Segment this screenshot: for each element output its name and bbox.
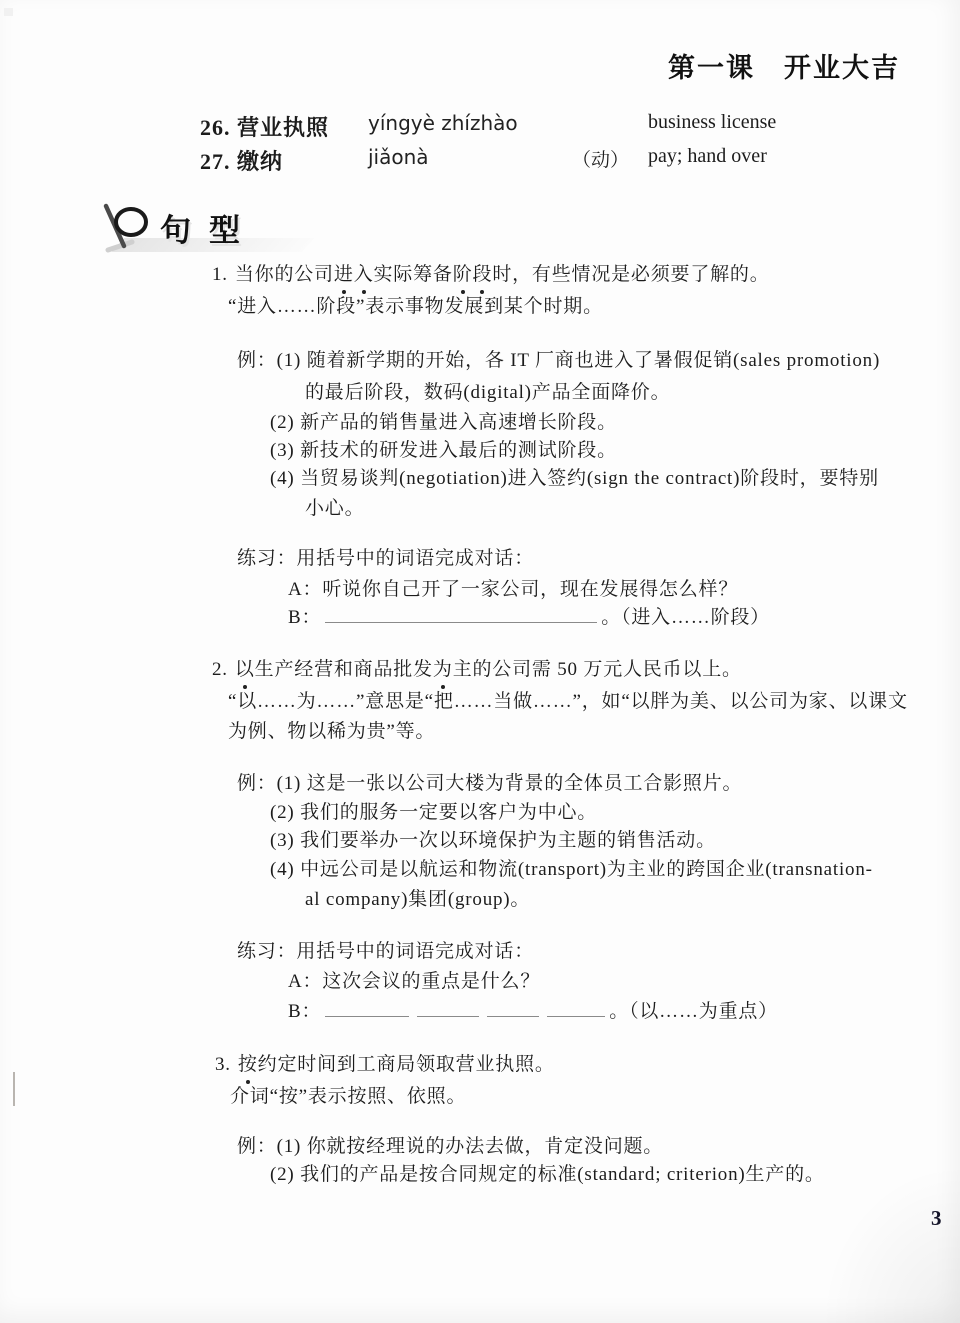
scanned-page: 第一课 开业大吉 26. 营业执照 yíngyè zhízhào busines… <box>0 0 960 1323</box>
pattern-sentence-text: 按约定时间到工商局领取营业执照。 <box>238 1054 555 1075</box>
example-line: (2) 我们的产品是按合同规定的标准(standard; criterion)生… <box>270 1162 825 1188</box>
dialogue-line-a: A：这次会议的重点是什么？ <box>288 969 540 995</box>
scan-artifact <box>4 8 13 16</box>
vocab-english: pay; hand over <box>648 145 767 168</box>
example-line: 例：(1) 这是一张以公司大楼为背景的全体员工合影照片。 <box>237 771 742 797</box>
pattern-explanation: “以……为……”意思是“把……当做……”，如“以胖为美、以公司为家、以课文 <box>228 689 908 715</box>
answer-blank <box>417 999 479 1017</box>
vocab-english: business license <box>648 111 776 134</box>
section-title: 句型 <box>160 205 258 250</box>
example-line: 例：(1) 随着新学期的开始，各 IT 厂商也进入了暑假促销(sales pro… <box>237 348 880 374</box>
example-line: 的最后阶段，数码(digital)产品全面降价。 <box>305 380 670 406</box>
exercise-prompt: 练习：用括号中的词语完成对话： <box>237 939 534 965</box>
vocab-word: 27. 缴纳 <box>200 145 283 176</box>
scan-artifact <box>13 1072 15 1106</box>
vocab-row: 26. 营业执照 yíngyè zhízhào business license <box>200 111 940 145</box>
example-line: (2) 我们的服务一定要以客户为中心。 <box>270 800 597 826</box>
example-line: al company)集团(group)。 <box>305 887 530 913</box>
vocab-pinyin: jiǎonà <box>368 145 429 169</box>
pattern-sentence: 2.以生产经营和商品批发为主的公司需 50 万元人民币以上。 <box>212 657 742 683</box>
pattern-number: 1. <box>212 264 228 285</box>
example-line: (4) 中远公司是以航运和物流(transport)为主业的跨国企业(trans… <box>270 857 873 883</box>
dialogue-line-b: B：。（以……为重点） <box>288 999 778 1025</box>
lesson-title: 第一课 开业大吉 <box>668 46 900 85</box>
exercise-prompt: 练习：用括号中的词语完成对话： <box>237 546 534 572</box>
pattern-explanation: 介词“按”表示按照、依照。 <box>230 1084 466 1110</box>
example-line: (4) 当贸易谈判(negotiation)进入签约(sign the cont… <box>270 466 879 492</box>
hint-text: 。（进入……阶段） <box>601 607 770 628</box>
vocab-pinyin: yíngyè zhízhào <box>368 111 518 135</box>
pattern-number: 2. <box>212 659 228 680</box>
pattern-explanation: “进入……阶段”表示事物发展到某个时期。 <box>228 294 603 320</box>
magnifier-icon <box>98 200 160 256</box>
example-line: 小心。 <box>305 496 364 522</box>
pattern-sentence-text: 以生产经营和商品批发为主的公司需 50 万元人民币以上。 <box>235 659 742 680</box>
vocab-word: 26. 营业执照 <box>200 111 329 142</box>
dialogue-b-label: B： <box>288 1001 321 1022</box>
dialogue-line-b: B：。（进入……阶段） <box>288 605 770 631</box>
pattern-number: 3. <box>215 1054 231 1075</box>
example-line: (3) 新技术的研发进入最后的测试阶段。 <box>270 438 617 464</box>
answer-blank <box>547 999 605 1017</box>
example-line: (2) 新产品的销售量进入高速增长阶段。 <box>270 410 617 436</box>
answer-blank <box>487 999 539 1017</box>
hint-text: 。（以……为重点） <box>609 1001 778 1022</box>
scan-artifact <box>820 1163 960 1323</box>
example-line: 例：(1) 你就按经理说的办法去做，肯定没问题。 <box>237 1134 663 1160</box>
example-line: (3) 我们要举办一次以环境保护为主题的销售活动。 <box>270 828 716 854</box>
answer-blank <box>325 999 409 1017</box>
dialogue-b-label: B： <box>288 607 321 628</box>
pattern-explanation: 为例、物以稀为贵”等。 <box>228 719 435 745</box>
pattern-sentence: 3.按约定时间到工商局领取营业执照。 <box>215 1052 555 1078</box>
pattern-sentence-text: 当你的公司进入实际筹备阶段时，有些情况是必须要了解的。 <box>235 264 770 285</box>
pattern-sentence: 1.当你的公司进入实际筹备阶段时，有些情况是必须要了解的。 <box>212 262 770 288</box>
dialogue-line-a: A：听说你自己开了一家公司，现在发展得怎么样？ <box>288 577 738 603</box>
vocab-row: 27. 缴纳 jiǎonà （动） pay; hand over <box>200 145 940 179</box>
answer-blank <box>325 605 597 623</box>
vocab-pos: （动） <box>572 145 629 172</box>
page-number: 3 <box>931 1206 942 1231</box>
